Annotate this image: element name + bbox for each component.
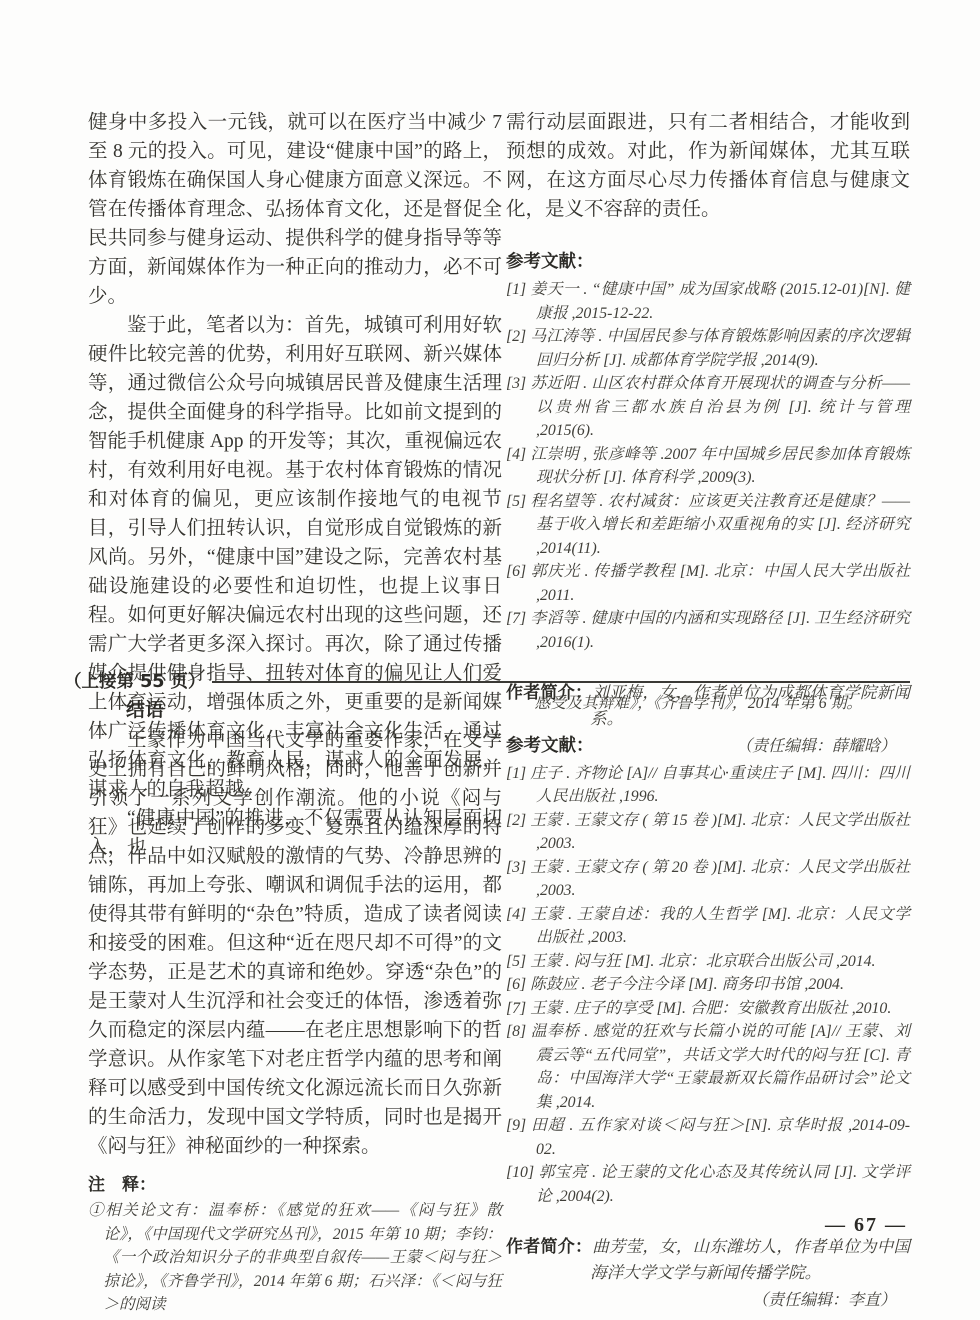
reference-item: [7] 王蒙 . 庄子的享受 [M]. 合肥：安徽教育出版社 ,2010. <box>506 997 910 1021</box>
article1-right-column: 需行动层面跟进，只有二者相结合，才能收到预想的成效。对此，作为新闻媒体，尤其互联… <box>506 108 910 759</box>
article1-paragraph-4: 需行动层面跟进，只有二者相结合，才能收到预想的成效。对此，作为新闻媒体，尤其互联… <box>506 108 910 224</box>
article2-paragraph-1: 王蒙作为中国当代文学的重要作家，在文学史上拥有自己的鲜明风格，同时，他善于创新并… <box>88 726 502 1161</box>
reference-item: [6] 郭庆光 . 传播学教程 [M]. 北京：中国人民大学出版社 ,2011. <box>506 560 910 607</box>
article2-author-bio: 作者简介：曲芳莹，女，山东潍坊人，作者单位为中国海洋大学文学与新闻传播学院。 <box>506 1234 910 1285</box>
reference-item: [4] 王蒙 . 王蒙自述：我的人生哲学 [M]. 北京：人民文学出版社 ,20… <box>506 903 910 950</box>
journal-page: 健身中多投入一元钱，就可以在医疗当中减少 7 至 8 元的投入。可见，建设“健康… <box>0 0 980 1320</box>
article1-paragraph-1: 健身中多投入一元钱，就可以在医疗当中减少 7 至 8 元的投入。可见，建设“健康… <box>88 108 502 311</box>
reference-item: [6] 陈鼓应 . 老子今注今译 [M]. 商务印书馆 ,2004. <box>506 973 910 997</box>
reference-item: [9] 田超 . 五作家对谈＜闷与狂＞[N]. 京华时报 ,2014-09-02… <box>506 1114 910 1161</box>
reference-item: [7] 李滔等 . 健康中国的内涵和实现路径 [J]. 卫生经济研究 ,2016… <box>506 607 910 654</box>
reference-item: [4] 江崇明 , 张彦峰等 .2007 年中国城乡居民参加体育锻炼现状分析 [… <box>506 443 910 490</box>
article2-section-heading: 结语 <box>88 696 502 724</box>
author-bio-text: 曲芳莹，女，山东潍坊人，作者单位为中国海洋大学文学与新闻传播学院。 <box>590 1237 910 1282</box>
article2-note-1: ①相关论文有：温奉桥：《感觉的狂欢——《闷与狂》散论》，《中国现代文学研究丛刊》… <box>88 1199 502 1317</box>
reference-item: [2] 王蒙 . 王蒙文存 ( 第 15 卷 )[M]. 北京：人民文学出版社 … <box>506 809 910 856</box>
reference-item: [3] 苏近阳 . 山区农村群众体育开展现状的调查与分析——以贵州省三都水族自治… <box>506 372 910 443</box>
reference-item: [10] 郭宝亮 . 论王蒙的文化心态及其传统认同 [J]. 文学评论 ,200… <box>506 1161 910 1208</box>
article2-references-heading: 参考文献： <box>506 734 910 758</box>
article2-note-continuation: 感受及其辩难》，《齐鲁学刊》，2014 年第 6 期。 <box>506 692 910 716</box>
reference-item: [5] 王蒙 . 闷与狂 [M]. 北京：北京联合出版公司 ,2014. <box>506 950 910 974</box>
divider-rule <box>212 681 910 683</box>
continued-from-label: （上接第 55 页） <box>64 668 206 693</box>
reference-item: [8] 温奉桥 . 感觉的狂欢与长篇小说的可能 [A]// 王蒙、刘震云等“五代… <box>506 1020 910 1114</box>
article1-references-heading: 参考文献： <box>506 250 910 274</box>
page-number: — 67 — <box>796 1214 936 1237</box>
article2-left-column: 结语 王蒙作为中国当代文学的重要作家，在文学史上拥有自己的鲜明风格，同时，他善于… <box>88 696 502 1317</box>
article2-notes-heading: 注 释： <box>88 1173 502 1197</box>
continued-from-divider: （上接第 55 页） <box>64 668 910 693</box>
reference-item: [3] 王蒙 . 王蒙文存 ( 第 20 卷 )[M]. 北京：人民文学出版社 … <box>506 856 910 903</box>
reference-item: [1] 姜天一 . “健康中国” 成为国家战略 (2015.12-01)[N].… <box>506 278 910 325</box>
article2-reference-list: [1] 庄子 . 齐物论 [A]// 自事其心·重读庄子 [M]. 四川：四川人… <box>506 762 910 1209</box>
reference-item: [2] 马江涛等 . 中国居民参与体育锻炼影响因素的序次逻辑回归分析 [J]. … <box>506 325 910 372</box>
article1-reference-list: [1] 姜天一 . “健康中国” 成为国家战略 (2015.12-01)[N].… <box>506 278 910 654</box>
article2-editor-credit: （责任编辑：李直） <box>506 1289 910 1313</box>
author-bio-label: 作者简介： <box>506 1237 592 1257</box>
reference-item: [5] 程名望等 . 农村减贫：应该更关注教育还是健康？——基于收入增长和差距缩… <box>506 490 910 561</box>
reference-item: [1] 庄子 . 齐物论 [A]// 自事其心·重读庄子 [M]. 四川：四川人… <box>506 762 910 809</box>
